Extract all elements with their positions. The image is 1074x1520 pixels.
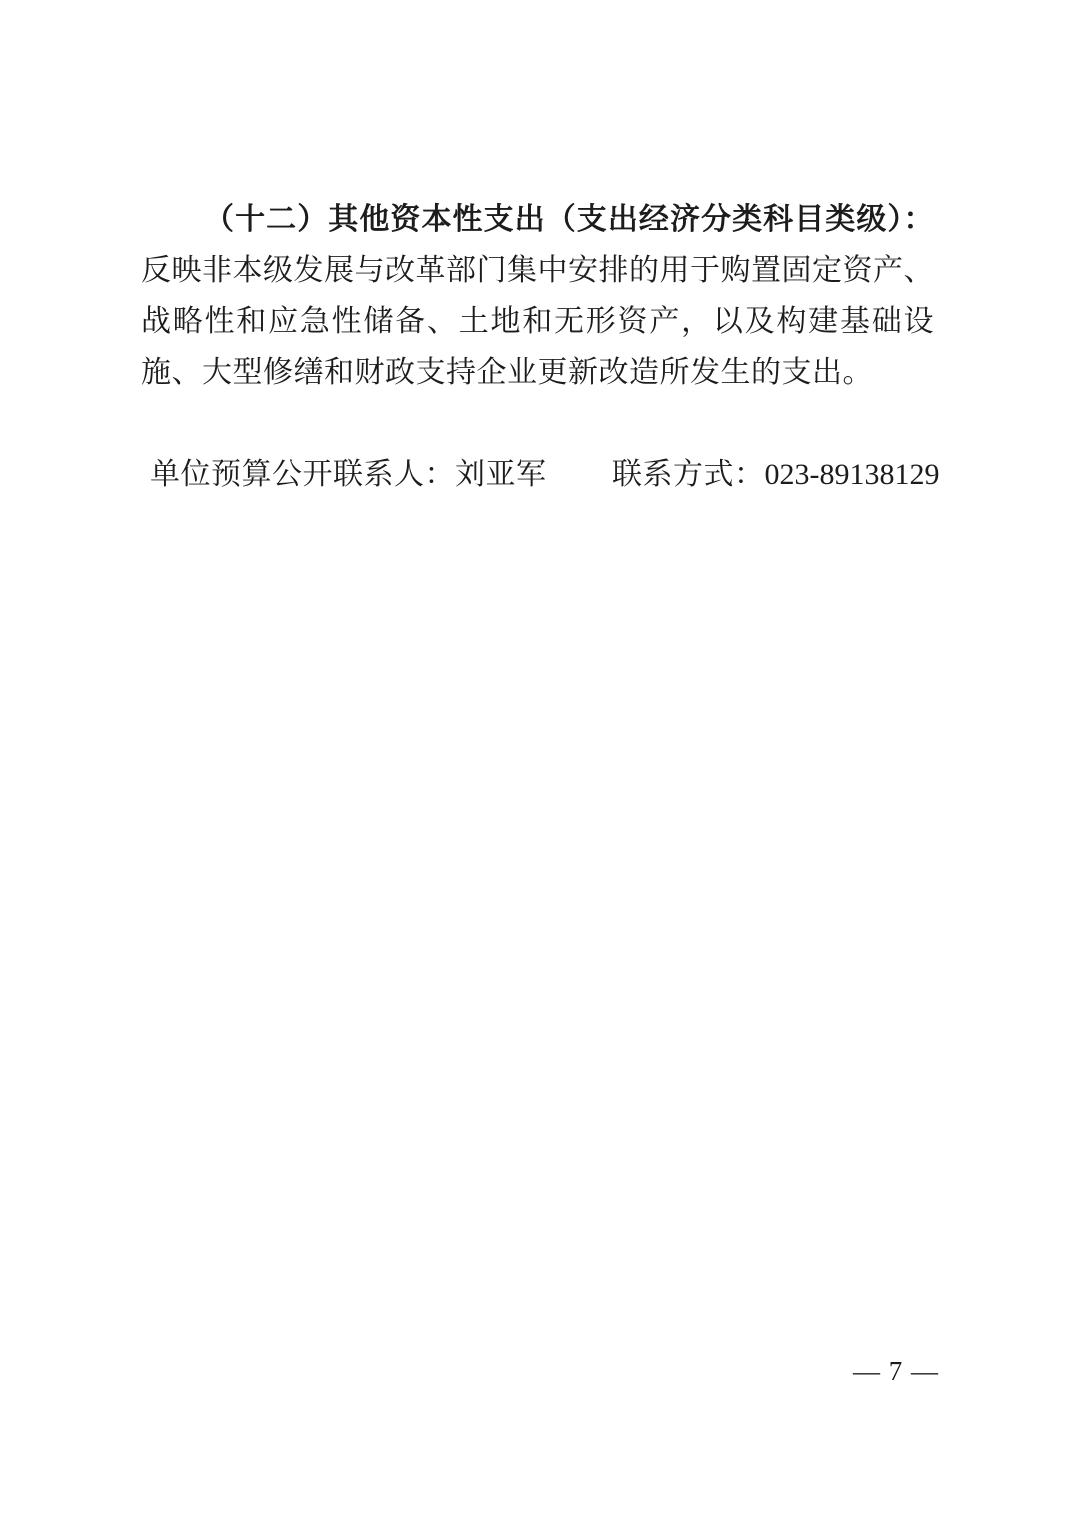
- contact-phone-label: 联系方式：: [612, 458, 765, 491]
- budget-paragraph: （十二）其他资本性支出（支出经济分类科目类级）：反映非本级发展与改革部门集中安排…: [141, 194, 934, 398]
- document-page: （十二）其他资本性支出（支出经济分类科目类级）：反映非本级发展与改革部门集中安排…: [0, 0, 1074, 1520]
- paragraph-body: 反映非本级发展与改革部门集中安排的用于购置固定资产、战略性和应急性储备、土地和无…: [141, 254, 934, 389]
- contact-phone: 联系方式：023-89138129: [612, 456, 940, 494]
- contact-person: 单位预算公开联系人：刘亚军: [150, 456, 547, 494]
- contact-phone-number: 023-89138129: [765, 458, 940, 491]
- paragraph-heading: （十二）其他资本性支出（支出经济分类科目类级）：: [204, 203, 934, 236]
- page-number: — 7 —: [851, 1355, 941, 1387]
